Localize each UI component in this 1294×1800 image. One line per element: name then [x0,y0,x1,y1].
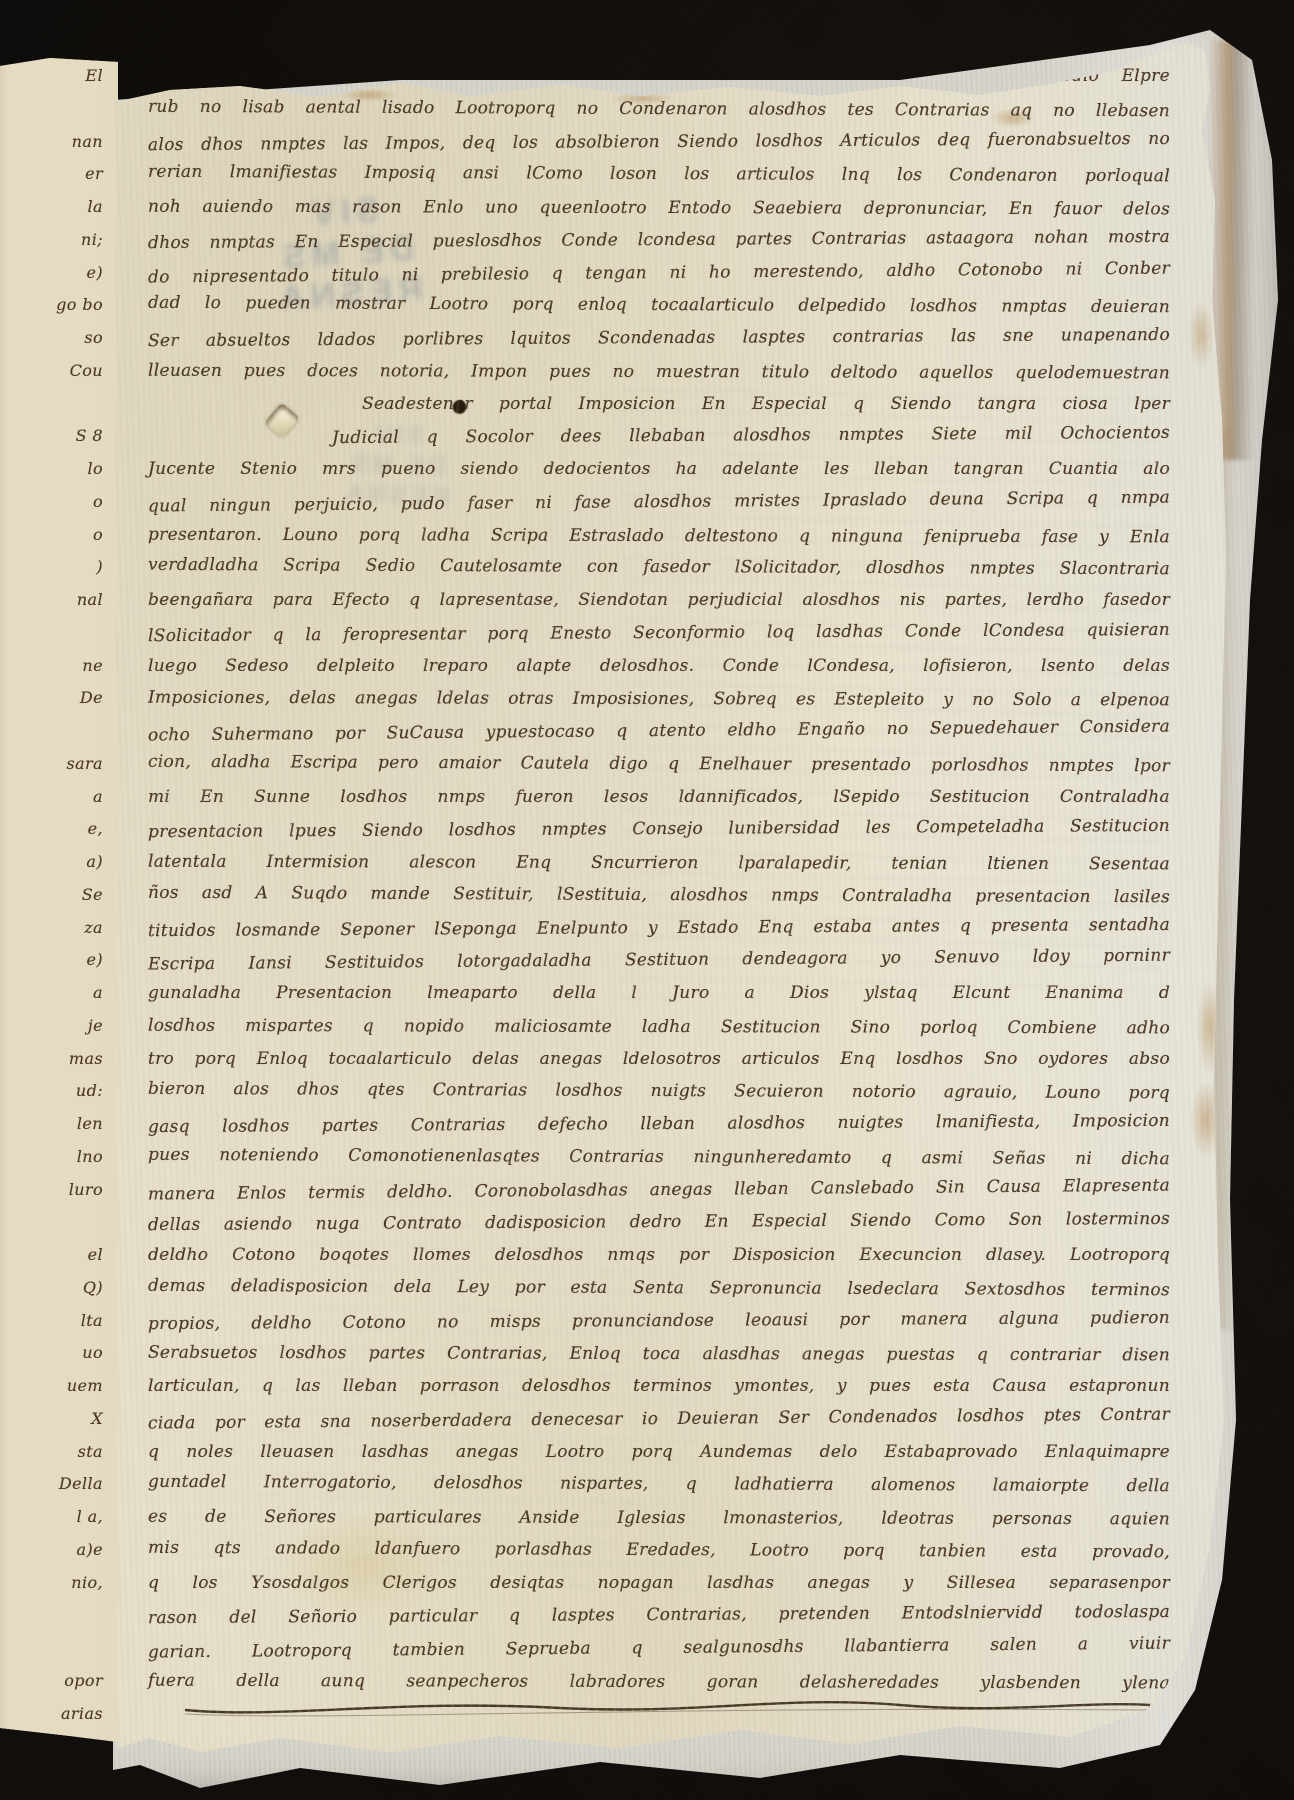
margin-fragment: lno [0,1141,103,1174]
manuscript-line: Ser absueltos ldados porlibres lquitos S… [148,319,1170,358]
margin-fragment: Se [0,879,103,912]
margin-fragment: a [0,781,103,814]
manuscript-line: beengañara para Efecto q lapresentase, S… [148,584,1170,617]
margin-fragment: uo [0,1337,103,1370]
margin-fragment: ) [0,551,103,584]
margin-fragment: so [0,322,103,355]
margin-fragment: ni; [0,224,103,257]
margin-fragment: opor [0,1665,103,1698]
manuscript-line: Seadestener portal Imposicion En Especia… [148,388,1170,421]
manuscript-line: dad lo pueden mostrar Lootro porq enloq … [148,287,1170,324]
margin-fragment: er [0,158,103,191]
margin-fragment: lta [0,1305,103,1338]
margin-fragment: Della [0,1468,103,1501]
manuscript-line: guntadel Interrogatorio, delosdhos nispa… [148,1466,1170,1503]
margin-fragment: go bo [0,289,103,322]
margin-fragment: luro [0,1174,103,1207]
manuscript-line: ciada por esta sna noserberdadera denece… [148,1398,1170,1440]
margin-fragment: sta [0,1436,103,1469]
margin-fragment: a [0,977,103,1010]
margin-fragment: o [0,486,103,519]
manuscript-line: bieron alos dhos qtes Contrarias losdhos… [148,1073,1170,1110]
manuscript-line: dellas asiendo nuga Contrato dadisposici… [148,1203,1170,1242]
manuscript-line: losdhos mispartes q nopido maliciosamte … [148,1009,1170,1044]
margin-fragment [0,1599,103,1632]
margin-fragment: a) [0,846,103,879]
manuscript-line: presentaron. Louno porq ladha Scripa Est… [148,518,1170,553]
manuscript-line: rerian lmanifiestas Imposiq ansi lComo l… [148,156,1170,193]
margin-fragment: l a, [0,1501,103,1534]
manuscript-line: luego Sedeso delpleito lreparo alapte de… [148,650,1170,683]
margin-fragment: la [0,191,103,224]
manuscript-line: lleuasen pues doces notoria, Impon pues … [148,354,1170,389]
manuscript-line: mi En Sunne losdhos nmps fueron lesos ld… [148,781,1170,814]
margin-fragment: Cou [0,355,103,388]
margin-fragment: nio, [0,1567,103,1600]
margin-fragment: De [0,682,103,715]
manuscript-page: SIVDE MSRESNA SIVDE MSRESNA Deque fueron… [0,0,1294,1800]
margin-fragment: nal [0,584,103,617]
manuscript-line: q noles lleuasen lasdhas anegas Lootro p… [148,1436,1170,1469]
manuscript-line: Jucente Stenio mrs pueno siendo dedocien… [148,453,1170,486]
left-page-text-fragments: Elnanerlani;e)go bosoCouS 8looo)nalneDes… [0,60,108,1730]
manuscript-line: deldho Cotono boqotes llomes delosdhos n… [148,1239,1170,1272]
margin-fragment: El [0,60,103,93]
margin-fragment: za [0,912,103,945]
margin-fragment: len [0,1108,103,1141]
manuscript-line: qual ningun perjuicio, pudo faser ni fas… [148,481,1170,523]
margin-fragment [0,1632,103,1665]
margin-fragment: mas [0,1043,103,1076]
margin-fragment [0,617,103,650]
margin-fragment [0,93,103,126]
margin-fragment: lo [0,453,103,486]
manuscript-line: rub no lisab aental lisado Lootroporq no… [148,91,1170,128]
manuscript-line: gasq losdhos partes Contrarias defecho l… [148,1105,1170,1144]
margin-fragment: e) [0,944,103,977]
manuscript-line: cion, aladha Escripa pero amaior Cautela… [148,746,1170,783]
manuscript-line: noh auiendo mas rason Enlo uno queenloot… [148,191,1170,226]
margin-fragment: uem [0,1370,103,1403]
manuscript-text-block: Deque fueron Absueltos ladha dra Sedro a… [148,60,1170,1698]
manuscript-line: Serabsuetos losdhos partes Contrarias, E… [148,1337,1170,1372]
margin-fragment [0,388,103,421]
manuscript-line: Judicial q Socolor dees llebaban alosdho… [148,417,1170,456]
margin-fragment: el [0,1239,103,1272]
manuscript-line: ños asd A Suqdo mande Sestituir, lSestit… [148,877,1170,914]
margin-fragment: S 8 [0,420,103,453]
manuscript-line: lSolicitador q la feropresentar porq Ene… [148,614,1170,653]
manuscript-line: demas deladisposicion dela Ley por esta … [148,1270,1170,1307]
manuscript-line: tro porq Enloq tocaalarticulo delas aneg… [148,1043,1170,1076]
margin-fragment: o [0,519,103,552]
manuscript-line: presentacion lpues Siendo losdhos nmptes… [148,810,1170,849]
margin-fragment [0,1206,103,1239]
margin-fragment: arias [0,1698,103,1731]
manuscript-line: larticulan, q las lleban porrason delosd… [148,1370,1170,1403]
margin-fragment [0,715,103,748]
margin-fragment: e) [0,257,103,290]
margin-fragment: nan [0,126,103,159]
manuscript-line: latentala Intermision alescon Enq Sncurr… [148,846,1170,881]
manuscript-line: es de Señores particulares Anside Iglesi… [148,1501,1170,1536]
rust-stain [1188,300,1214,370]
margin-fragment: je [0,1010,103,1043]
margin-fragment: Q) [0,1272,103,1305]
end-rule-pen-line [140,1686,1160,1730]
margin-fragment: sara [0,748,103,781]
manuscript-line: mis qts andado ldanfuero porlasdhas Ered… [148,1532,1170,1569]
manuscript-line: propios, deldho Cotono no misps pronunci… [148,1301,1170,1340]
manuscript-line: verdadladha Scripa Sedio Cautelosamte co… [148,549,1170,586]
margin-fragment: X [0,1403,103,1436]
margin-fragment: ne [0,650,103,683]
manuscript-line: gunaladha Presentacion lmeaparto della l… [148,977,1170,1010]
margin-fragment: a)e [0,1534,103,1567]
ink-blot [452,399,467,415]
photo-backdrop: Elnanerlani;e)go bosoCouS 8looo)nalneDes… [0,0,1294,1800]
manuscript-line: q los Ysosdalgos Clerigos desiqtas nopag… [148,1567,1170,1600]
margin-fragment: e, [0,813,103,846]
margin-fragment: ud: [0,1075,103,1108]
